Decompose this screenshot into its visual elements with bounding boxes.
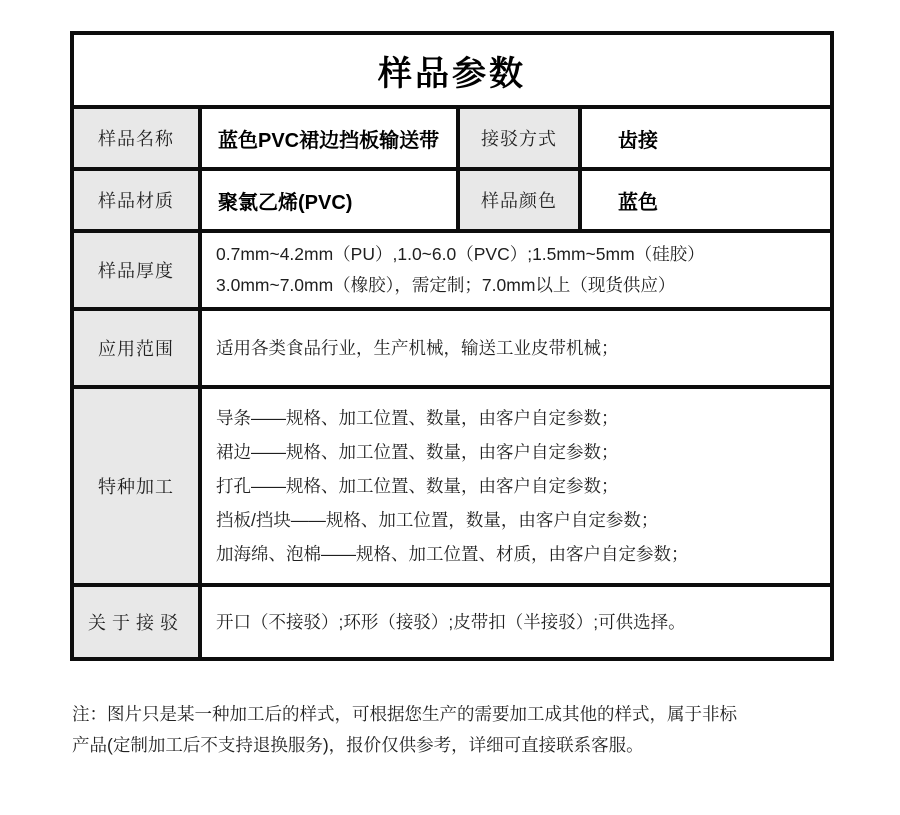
value-application-scope: 适用各类食品行业，生产机械，输送工业皮带机械； xyxy=(200,309,832,387)
value-sample-thickness: 0.7mm~4.2mm（PU）,1.0~6.0（PVC）;1.5mm~5mm（硅… xyxy=(200,231,832,309)
label-special-processing: 特种加工 xyxy=(72,387,200,585)
label-sample-material: 样品材质 xyxy=(72,169,200,231)
label-sample-thickness: 样品厚度 xyxy=(72,231,200,309)
table-row-joint: 关于接驳 开口（不接驳）;环形（接驳）;皮带扣（半接驳）;可供选择。 xyxy=(72,585,832,659)
spec-table: 样品参数 样品名称 蓝色PVC裙边挡板输送带 接驳方式 齿接 样品材质 聚氯乙烯… xyxy=(70,31,834,661)
table-row-material: 样品材质 聚氯乙烯(PVC) 样品颜色 蓝色 xyxy=(72,169,832,231)
label-sample-name: 样品名称 xyxy=(72,107,200,169)
table-row-name: 样品名称 蓝色PVC裙边挡板输送带 接驳方式 齿接 xyxy=(72,107,832,169)
value-about-joint: 开口（不接驳）;环形（接驳）;皮带扣（半接驳）;可供选择。 xyxy=(200,585,832,659)
label-about-joint: 关于接驳 xyxy=(72,585,200,659)
label-sample-color: 样品颜色 xyxy=(458,169,580,231)
value-sample-name: 蓝色PVC裙边挡板输送带 xyxy=(200,107,458,169)
table-row-application: 应用范围 适用各类食品行业，生产机械，输送工业皮带机械； xyxy=(72,309,832,387)
value-sample-color: 蓝色 xyxy=(580,169,832,231)
page-title: 样品参数 xyxy=(72,33,832,107)
footnote: 注：图片只是某一种加工后的样式，可根据您生产的需要加工成其他的样式，属于非标 产… xyxy=(72,699,842,761)
title-row: 样品参数 xyxy=(72,33,832,107)
value-sample-material: 聚氯乙烯(PVC) xyxy=(200,169,458,231)
label-application-scope: 应用范围 xyxy=(72,309,200,387)
table-row-special-processing: 特种加工 导条——规格、加工位置、数量，由客户自定参数； 裙边——规格、加工位置… xyxy=(72,387,832,585)
table-row-thickness: 样品厚度 0.7mm~4.2mm（PU）,1.0~6.0（PVC）;1.5mm~… xyxy=(72,231,832,309)
label-joint-method: 接驳方式 xyxy=(458,107,580,169)
value-special-processing: 导条——规格、加工位置、数量，由客户自定参数； 裙边——规格、加工位置、数量，由… xyxy=(200,387,832,585)
value-joint-method: 齿接 xyxy=(580,107,832,169)
product-spec-sheet: 样品参数 样品名称 蓝色PVC裙边挡板输送带 接驳方式 齿接 样品材质 聚氯乙烯… xyxy=(0,0,900,815)
